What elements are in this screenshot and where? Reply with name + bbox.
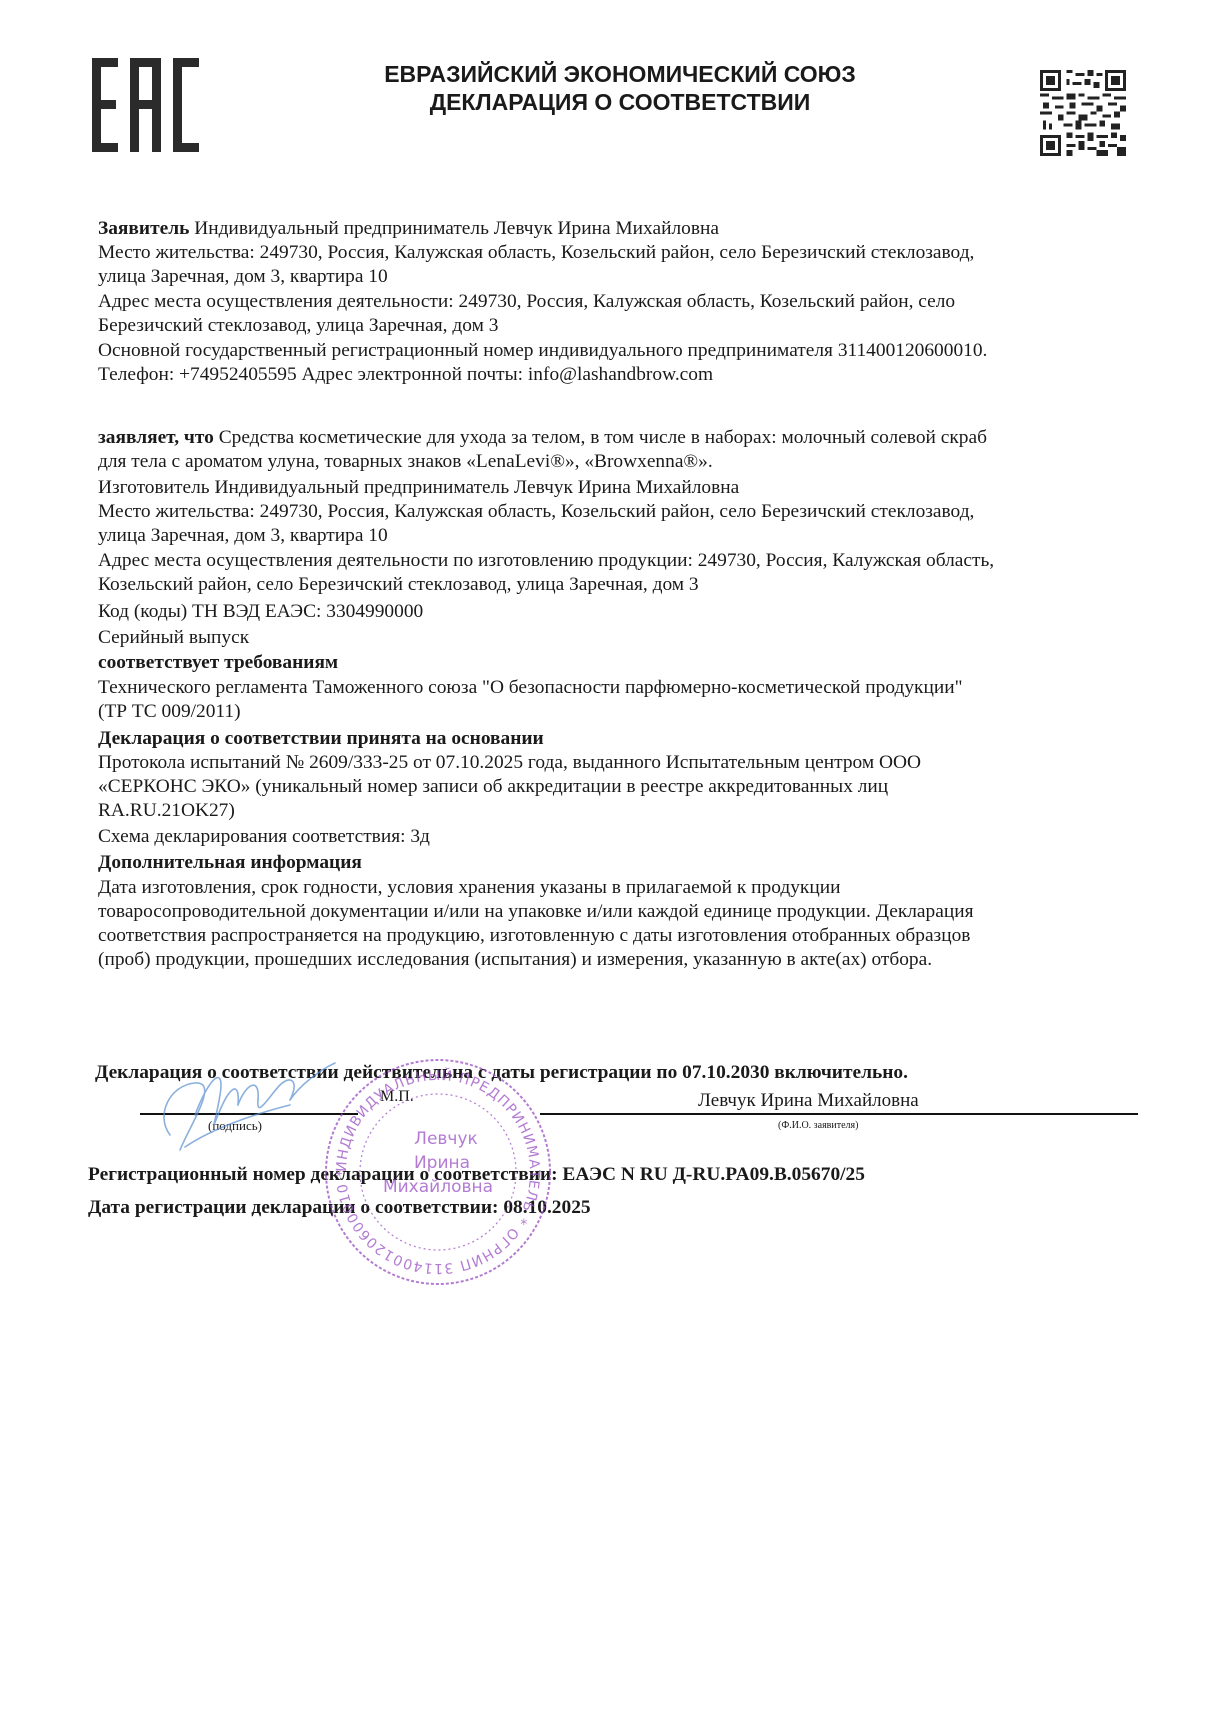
product-description-1: Средства косметические для ухода за тело… bbox=[214, 427, 987, 448]
declaration-page: ЕВРАЗИЙСКИЙ ЭКОНОМИЧЕСКИЙ СОЮЗ ДЕКЛАРАЦИ… bbox=[0, 0, 1205, 1718]
applicant-residence-1: Место жительства: 249730, Россия, Калужс… bbox=[98, 242, 974, 264]
applicant-line: Заявитель Индивидуальный предприниматель… bbox=[98, 218, 719, 240]
applicant-name: Индивидуальный предприниматель Левчук Ир… bbox=[189, 218, 719, 239]
stamp-line-3: Михайловна bbox=[383, 1177, 493, 1197]
manufacturer-activity-2: Козельский район, село Березичский стекл… bbox=[98, 574, 699, 596]
applicant-activity-1: Адрес места осуществления деятельности: … bbox=[98, 291, 955, 313]
conformity-regulation-1: Технического регламента Таможенного союз… bbox=[98, 677, 963, 699]
stamp-line-2: Ирина bbox=[414, 1153, 470, 1173]
applicant-residence-2: улица Заречная, дом 3, квартира 10 bbox=[98, 266, 388, 288]
header-title-union: ЕВРАЗИЙСКИЙ ЭКОНОМИЧЕСКИЙ СОЮЗ bbox=[300, 60, 940, 88]
manufacturer-residence-1: Место жительства: 249730, Россия, Калужс… bbox=[98, 501, 974, 523]
applicant-activity-2: Березичский стеклозавод, улица Заречная,… bbox=[98, 315, 498, 337]
basis-label: Декларация о соответствии принята на осн… bbox=[98, 728, 544, 750]
manufacturer-residence-2: улица Заречная, дом 3, квартира 10 bbox=[98, 525, 388, 547]
document-header: ЕВРАЗИЙСКИЙ ЭКОНОМИЧЕСКИЙ СОЮЗ ДЕКЛАРАЦИ… bbox=[300, 60, 940, 116]
additional-label: Дополнительная информация bbox=[98, 852, 362, 874]
declares-line: заявляет, что Средства косметические для… bbox=[98, 427, 987, 449]
applicant-ogrnip: Основной государственный регистрационный… bbox=[98, 340, 987, 362]
header-title-declaration: ДЕКЛАРАЦИЯ О СООТВЕТСТВИИ bbox=[300, 88, 940, 116]
manufacturer-activity-1: Адрес места осуществления деятельности п… bbox=[98, 550, 994, 572]
release-type: Серийный выпуск bbox=[98, 627, 249, 649]
additional-text-3: соответствия распространяется на продукц… bbox=[98, 925, 970, 947]
applicant-full-name: Левчук Ирина Михайловна bbox=[698, 1090, 919, 1112]
basis-protocol-3: RA.RU.21OK27) bbox=[98, 800, 235, 822]
hs-code: Код (коды) ТН ВЭД ЕАЭС: 3304990000 bbox=[98, 601, 423, 623]
applicant-label: Заявитель bbox=[98, 218, 189, 239]
eac-logo-icon bbox=[90, 56, 202, 154]
product-description-2: для тела с ароматом улуна, товарных знак… bbox=[98, 451, 713, 473]
conformity-label: соответствует требованиям bbox=[98, 652, 338, 674]
declares-label: заявляет, что bbox=[98, 427, 214, 448]
seal-stamp-icon: ИНДИВИДУАЛЬНЫЙ ПРЕДПРИНИМАТЕЛЬ * ОГРНИП … bbox=[318, 1052, 558, 1292]
qr-code-icon[interactable] bbox=[1040, 66, 1126, 160]
basis-protocol-2: «СЕРКОНС ЭКО» (уникальный номер записи о… bbox=[98, 776, 888, 798]
additional-text-2: товаросопроводительной документации и/ил… bbox=[98, 901, 974, 923]
name-line bbox=[540, 1113, 1138, 1115]
manufacturer: Изготовитель Индивидуальный предпринимат… bbox=[98, 477, 739, 499]
declaration-scheme: Схема декларирования соответствия: 3д bbox=[98, 826, 430, 848]
basis-protocol-1: Протокола испытаний № 2609/333-25 от 07.… bbox=[98, 752, 921, 774]
stamp-line-1: Левчук bbox=[414, 1129, 478, 1149]
additional-text-1: Дата изготовления, срок годности, услови… bbox=[98, 877, 840, 899]
additional-text-4: (проб) продукции, прошедших исследования… bbox=[98, 949, 932, 971]
conformity-regulation-2: (ТР ТС 009/2011) bbox=[98, 701, 241, 723]
name-caption: (Ф.И.О. заявителя) bbox=[778, 1120, 858, 1131]
applicant-contacts: Телефон: +74952405595 Адрес электронной … bbox=[98, 364, 713, 386]
